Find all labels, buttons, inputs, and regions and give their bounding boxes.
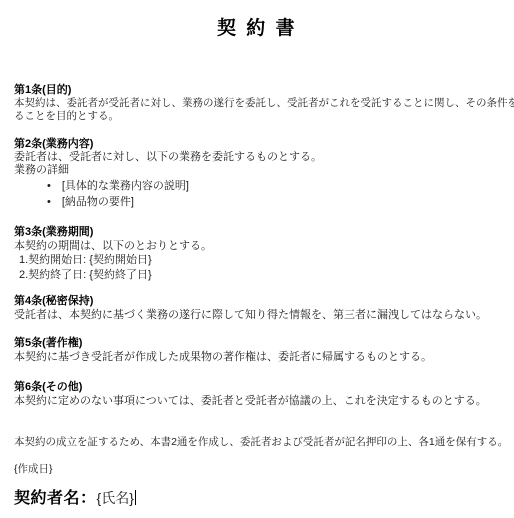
article-5-body: 本契約に基づき受託者が作成した成果物の著作権は、委託者に帰属するものとする。 [14, 351, 432, 363]
article-3-body-line-1: 本契約の期間は、以下のとおりとする。 [14, 240, 212, 252]
article-6-body: 本契約に定めのない事項については、委託者と受託者が協議の上、これを決定するものと… [14, 395, 487, 407]
bullet-dot-icon: • [47, 180, 51, 192]
article-4-body: 受託者は、本契約に基づく業務の遂行に際して知り得た情報を、第三者に漏洩してはなら… [14, 309, 487, 321]
bullet-dot-icon: • [47, 196, 51, 208]
article-1-body-line-2: ることを目的とする。 [14, 110, 119, 122]
signature-label: 契約者名： [14, 490, 97, 507]
article-2-heading: 第2条(業務内容) [14, 138, 93, 150]
article-1-heading: 第1条(目的) [14, 84, 71, 96]
article-3-heading: 第3条(業務期間) [14, 226, 93, 238]
numbered-item-2: 2.契約終了日: {契約終了日} [19, 269, 152, 281]
numbered-item-1: 1.契約開始日: {契約開始日} [19, 254, 152, 266]
article-5-heading: 第5条(著作権) [14, 337, 82, 349]
article-1-body-line-1: 本契約は、委託者が受託者に対し、業務の遂行を委託し、受託者がこれを受託することに… [14, 97, 514, 109]
article-6-heading: 第6条(その他) [14, 381, 82, 393]
document-title: 契 約 書 [0, 13, 514, 40]
bullet-item: • [具体的な業務内容の説明] [47, 180, 189, 192]
article-4-heading: 第4条(秘密保持) [14, 295, 93, 307]
signature-value-placeholder: {氏名} [97, 490, 134, 506]
contract-document-page[interactable]: 契 約 書 第1条(目的) 本契約は、委託者が受託者に対し、業務の遂行を委託し、… [0, 0, 514, 518]
bullet-item: • [納品物の要件] [47, 196, 134, 208]
date-placeholder: {作成日} [14, 463, 53, 475]
text-cursor [135, 490, 136, 505]
bullet-item-text: [具体的な業務内容の説明] [62, 180, 189, 192]
article-2-body-line-1: 委託者は、受託者に対し、以下の業務を委託するものとする。 [14, 151, 322, 163]
signature-line[interactable]: 契約者名：{氏名} [14, 485, 136, 508]
bullet-item-text: [納品物の要件] [62, 196, 134, 208]
article-2-body-line-2: 業務の詳細 [14, 164, 69, 176]
closing-paragraph: 本契約の成立を証するため、本書2通を作成し、委託者および受託者が記名押印の上、各… [14, 436, 508, 448]
